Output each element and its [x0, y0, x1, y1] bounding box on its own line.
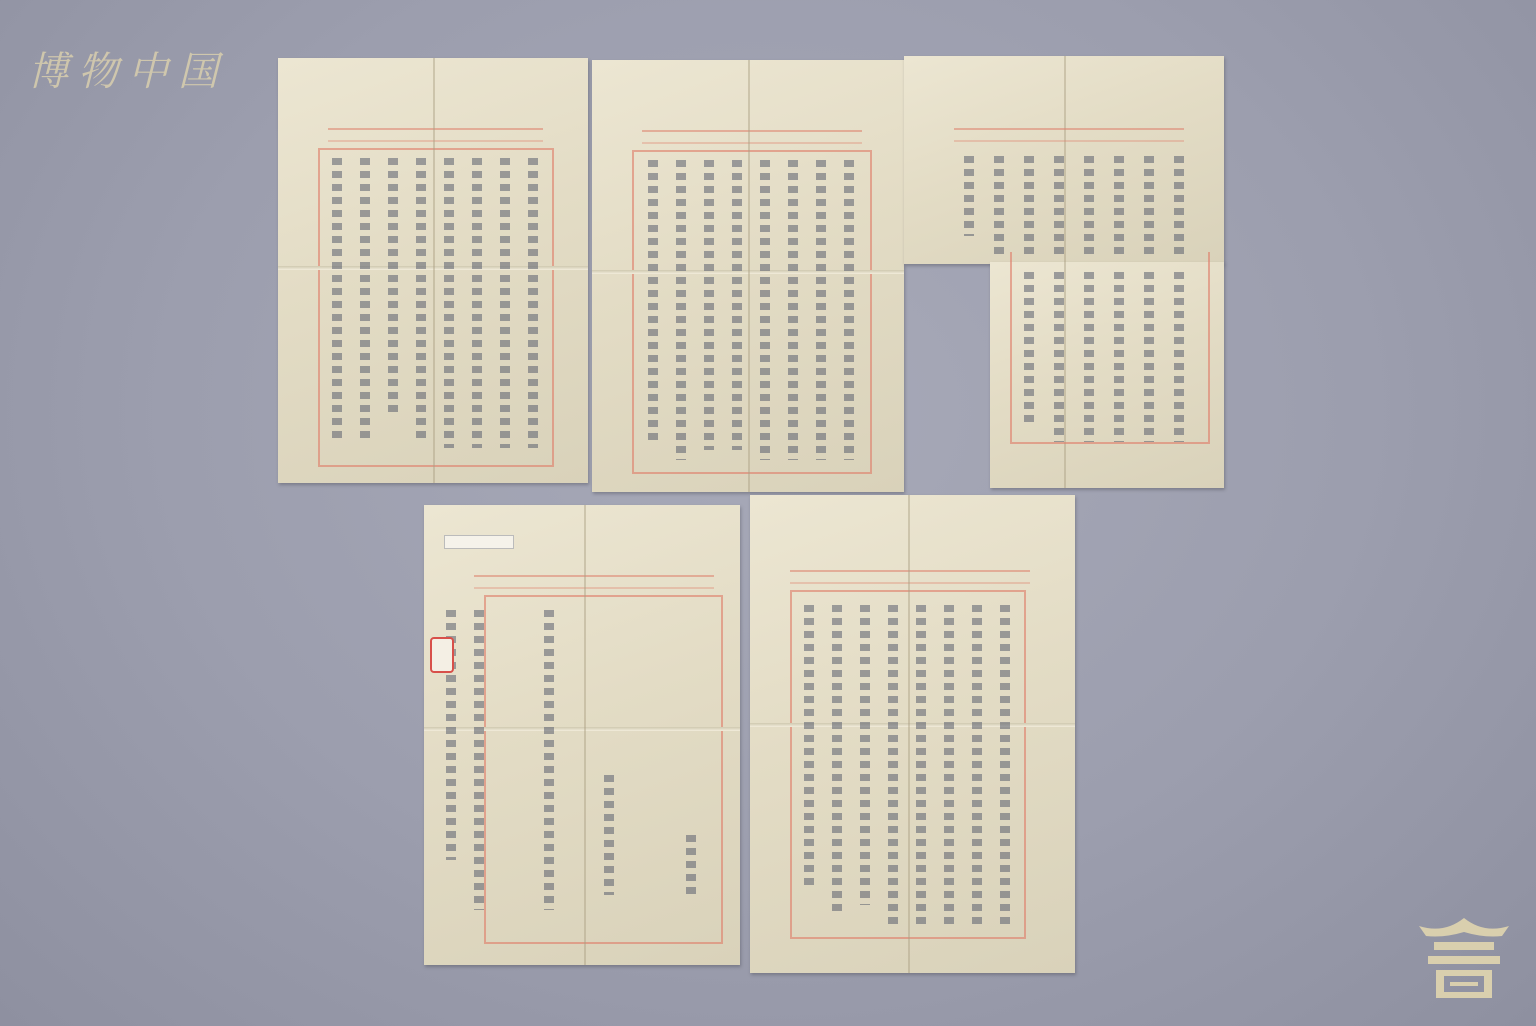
letter-page-2	[592, 60, 904, 492]
catalog-number-stamp	[430, 637, 454, 673]
pavilion-logo-icon	[1414, 912, 1514, 1002]
letter-page-1	[278, 58, 588, 483]
letter-page-5	[750, 495, 1075, 973]
letter-page-3-lower	[990, 262, 1224, 488]
letter-page-4	[424, 505, 740, 965]
watermark-text: 博物中国	[28, 40, 228, 97]
letter-page-3	[904, 56, 1224, 264]
archive-label	[444, 535, 514, 549]
